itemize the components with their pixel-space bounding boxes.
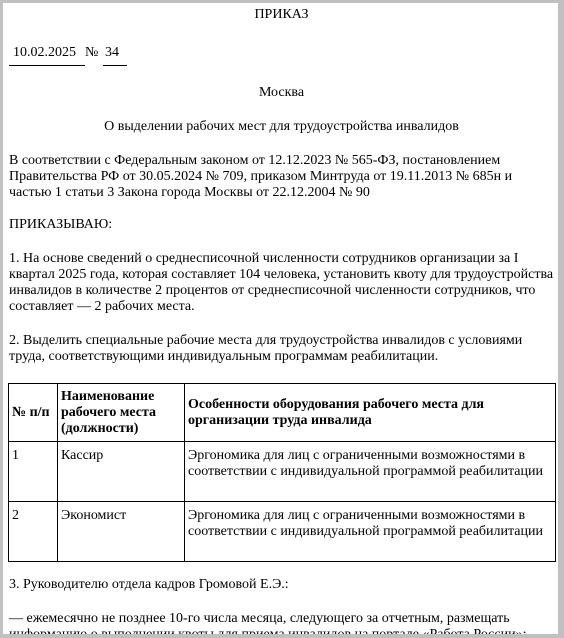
item-3: 3. Руководителю отдела кадров Громовой Е…	[9, 577, 554, 593]
cell-equipment: Эргономика для лиц с ограниченными возмо…	[185, 442, 556, 502]
header-number: № п/п	[9, 384, 58, 442]
table-header-row: № п/п Наименование рабочего места (должн…	[9, 384, 556, 442]
table-row: 2 Экономист Эргономика для лиц с огранич…	[9, 502, 556, 562]
city: Москва	[9, 85, 554, 101]
header-position: Наименование рабочего места (должности)	[58, 384, 185, 442]
preamble: В соответствии с Федеральным законом от …	[9, 153, 554, 201]
item-3-sub: — ежемесячно не позднее 10-го числа меся…	[9, 611, 554, 634]
document-frame: ПРИКАЗ 10.02.2025 № 34 Москва О выделени…	[3, 3, 558, 634]
cell-equipment: Эргономика для лиц с ограниченными возмо…	[185, 502, 556, 562]
number-sign: №	[85, 45, 98, 61]
workplaces-table: № п/п Наименование рабочего места (должн…	[8, 383, 556, 562]
cell-number: 2	[9, 502, 58, 562]
cell-number: 1	[9, 442, 58, 502]
order-date: 10.02.2025	[9, 45, 85, 66]
header-equipment: Особенности оборудования рабочего места …	[185, 384, 556, 442]
order-word: ПРИКАЗЫВАЮ:	[9, 217, 554, 233]
cell-position: Экономист	[58, 502, 185, 562]
document-title: ПРИКАЗ	[9, 7, 554, 23]
item-2: 2. Выделить специальные рабочие места дл…	[9, 333, 554, 365]
date-number-row: 10.02.2025 № 34	[9, 45, 309, 67]
order-subject: О выделении рабочих мест для трудоустрой…	[9, 119, 554, 135]
order-number: 34	[103, 45, 127, 66]
cell-position: Кассир	[58, 442, 185, 502]
table-row: 1 Кассир Эргономика для лиц с ограниченн…	[9, 442, 556, 502]
item-1: 1. На основе сведений о среднесписочной …	[9, 251, 554, 315]
